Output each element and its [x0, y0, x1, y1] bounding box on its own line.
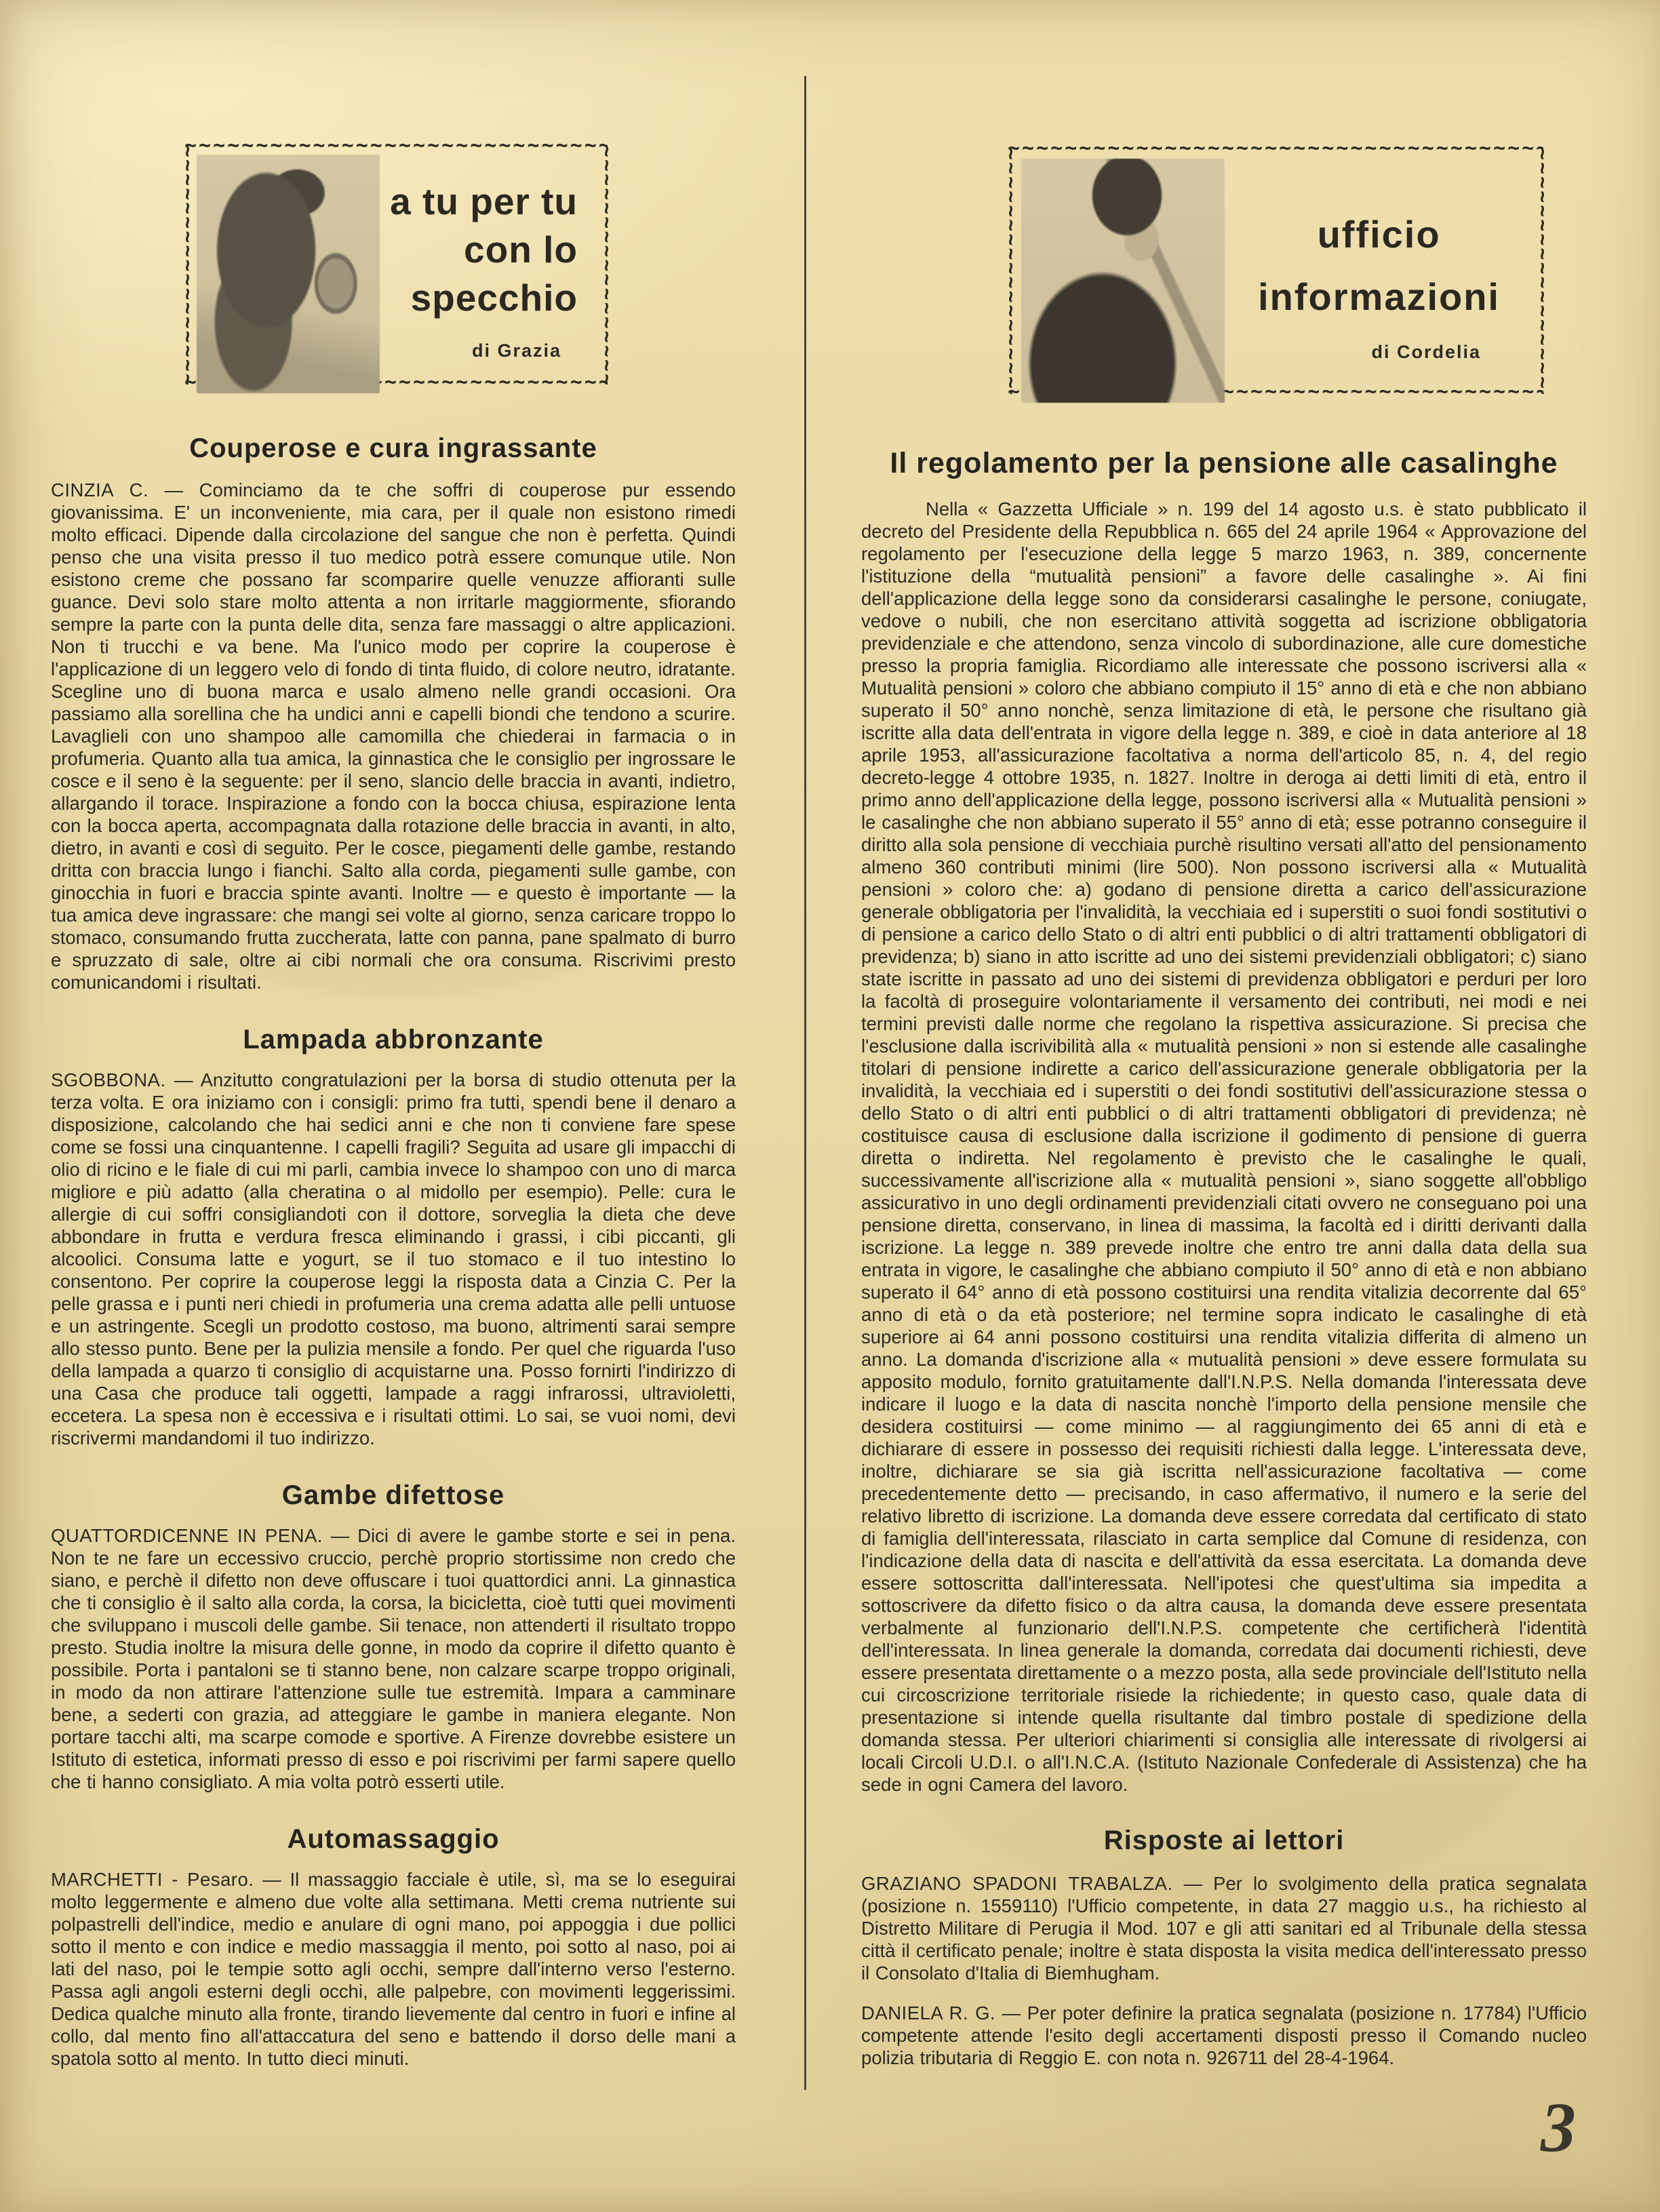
left-column: ~~~~~~~~~~~~~~~~~~~~~~~~~~~~~~~~~~~~~~~~… — [51, 0, 736, 2070]
letter-body: — Anzitutto congratulazioni per la borsa… — [51, 1069, 736, 1448]
wavy-border-left: ~~~~~~~~~~~~~~~~~~~~~~~~~~~~~~~~~~~~~~~~… — [1000, 148, 1019, 394]
letter-answer: MARCHETTI - Pesaro. — Il massaggio facci… — [51, 1868, 736, 2070]
letter-body: — Dici di avere le gambe storte e sei in… — [51, 1525, 736, 1792]
article-body: Nella « Gazzetta Ufficiale » n. 199 del … — [861, 498, 1587, 1796]
wavy-border-left: ~~~~~~~~~~~~~~~~~~~~~~~~~~~~~~~~~~~~~~~~… — [177, 145, 196, 384]
wavy-border-right: ~~~~~~~~~~~~~~~~~~~~~~~~~~~~~~~~~~~~~~~~… — [596, 145, 615, 384]
letter-lead: CINZIA C. — [51, 479, 149, 500]
rubric-title-line: informazioni — [1258, 266, 1500, 328]
right-column: ~~~~~~~~~~~~~~~~~~~~~~~~~~~~~~~~~~~~~~~~… — [861, 0, 1587, 2069]
letter-lead: GRAZIANO SPADONI TRABALZA. — [861, 1873, 1173, 1894]
section-heading-risposte: Risposte ai lettori — [861, 1825, 1587, 1856]
letter-answer: CINZIA C. — Cominciamo da te che soffri … — [51, 479, 736, 993]
letter-lead: SGOBBONA. — [51, 1069, 166, 1090]
photo-woman-writing — [1021, 159, 1225, 403]
right-rubric-title: ufficio informazioni — [1258, 203, 1500, 328]
letter-lead: DANIELA R. G. — [861, 2002, 995, 2023]
rubric-title-line: a tu per tu — [390, 178, 578, 226]
left-header-box: ~~~~~~~~~~~~~~~~~~~~~~~~~~~~~~~~~~~~~~~~… — [189, 148, 604, 382]
letter-answer: DANIELA R. G. — Per poter definire la pr… — [861, 2002, 1587, 2069]
right-byline: di Cordelia — [1371, 342, 1481, 363]
left-rubric-title: a tu per tu con lo specchio — [390, 178, 578, 322]
page-number: 3 — [1541, 2087, 1576, 2168]
left-byline: di Grazia — [472, 340, 561, 361]
letter-answer: QUATTORDICENNE IN PENA. — Dici di avere … — [51, 1524, 736, 1793]
letter-body: — Il massaggio facciale è utile, sì, ma … — [51, 1869, 736, 2069]
letter-answer: GRAZIANO SPADONI TRABALZA. — Per lo svol… — [861, 1872, 1587, 1984]
article-title: Il regolamento per la pensione alle casa… — [861, 447, 1587, 480]
section-heading-automassaggio: Automassaggio — [51, 1824, 736, 1855]
letter-lead: QUATTORDICENNE IN PENA. — [51, 1525, 323, 1546]
section-heading-couperose: Couperose e cura ingrassante — [51, 433, 736, 464]
rubric-title-line: ufficio — [1258, 203, 1500, 266]
wavy-border-top: ~~~~~~~~~~~~~~~~~~~~~~~~~~~~~~~~~~~~~~~~… — [184, 137, 608, 156]
rubric-title-line: con lo — [390, 226, 578, 274]
right-header-box: ~~~~~~~~~~~~~~~~~~~~~~~~~~~~~~~~~~~~~~~~… — [1012, 151, 1539, 391]
section-heading-gambe: Gambe difettose — [51, 1480, 736, 1511]
article-text: Nella « Gazzetta Ufficiale » n. 199 del … — [861, 498, 1587, 1795]
photo-girl-with-hand-mirror — [197, 155, 380, 393]
section-heading-lampada: Lampada abbronzante — [51, 1025, 736, 1055]
column-divider-rule — [804, 76, 806, 2090]
magazine-page: ~~~~~~~~~~~~~~~~~~~~~~~~~~~~~~~~~~~~~~~~… — [0, 0, 1660, 2212]
letter-body: — Cominciamo da te che soffri di coupero… — [51, 479, 736, 993]
rubric-title-line: specchio — [390, 274, 578, 322]
letter-answer: SGOBBONA. — Anzitutto congratulazioni pe… — [51, 1069, 736, 1449]
letter-lead: MARCHETTI - Pesaro. — [51, 1869, 254, 1890]
wavy-border-right: ~~~~~~~~~~~~~~~~~~~~~~~~~~~~~~~~~~~~~~~~… — [1532, 148, 1551, 394]
wavy-border-top: ~~~~~~~~~~~~~~~~~~~~~~~~~~~~~~~~~~~~~~~~… — [1008, 140, 1543, 159]
